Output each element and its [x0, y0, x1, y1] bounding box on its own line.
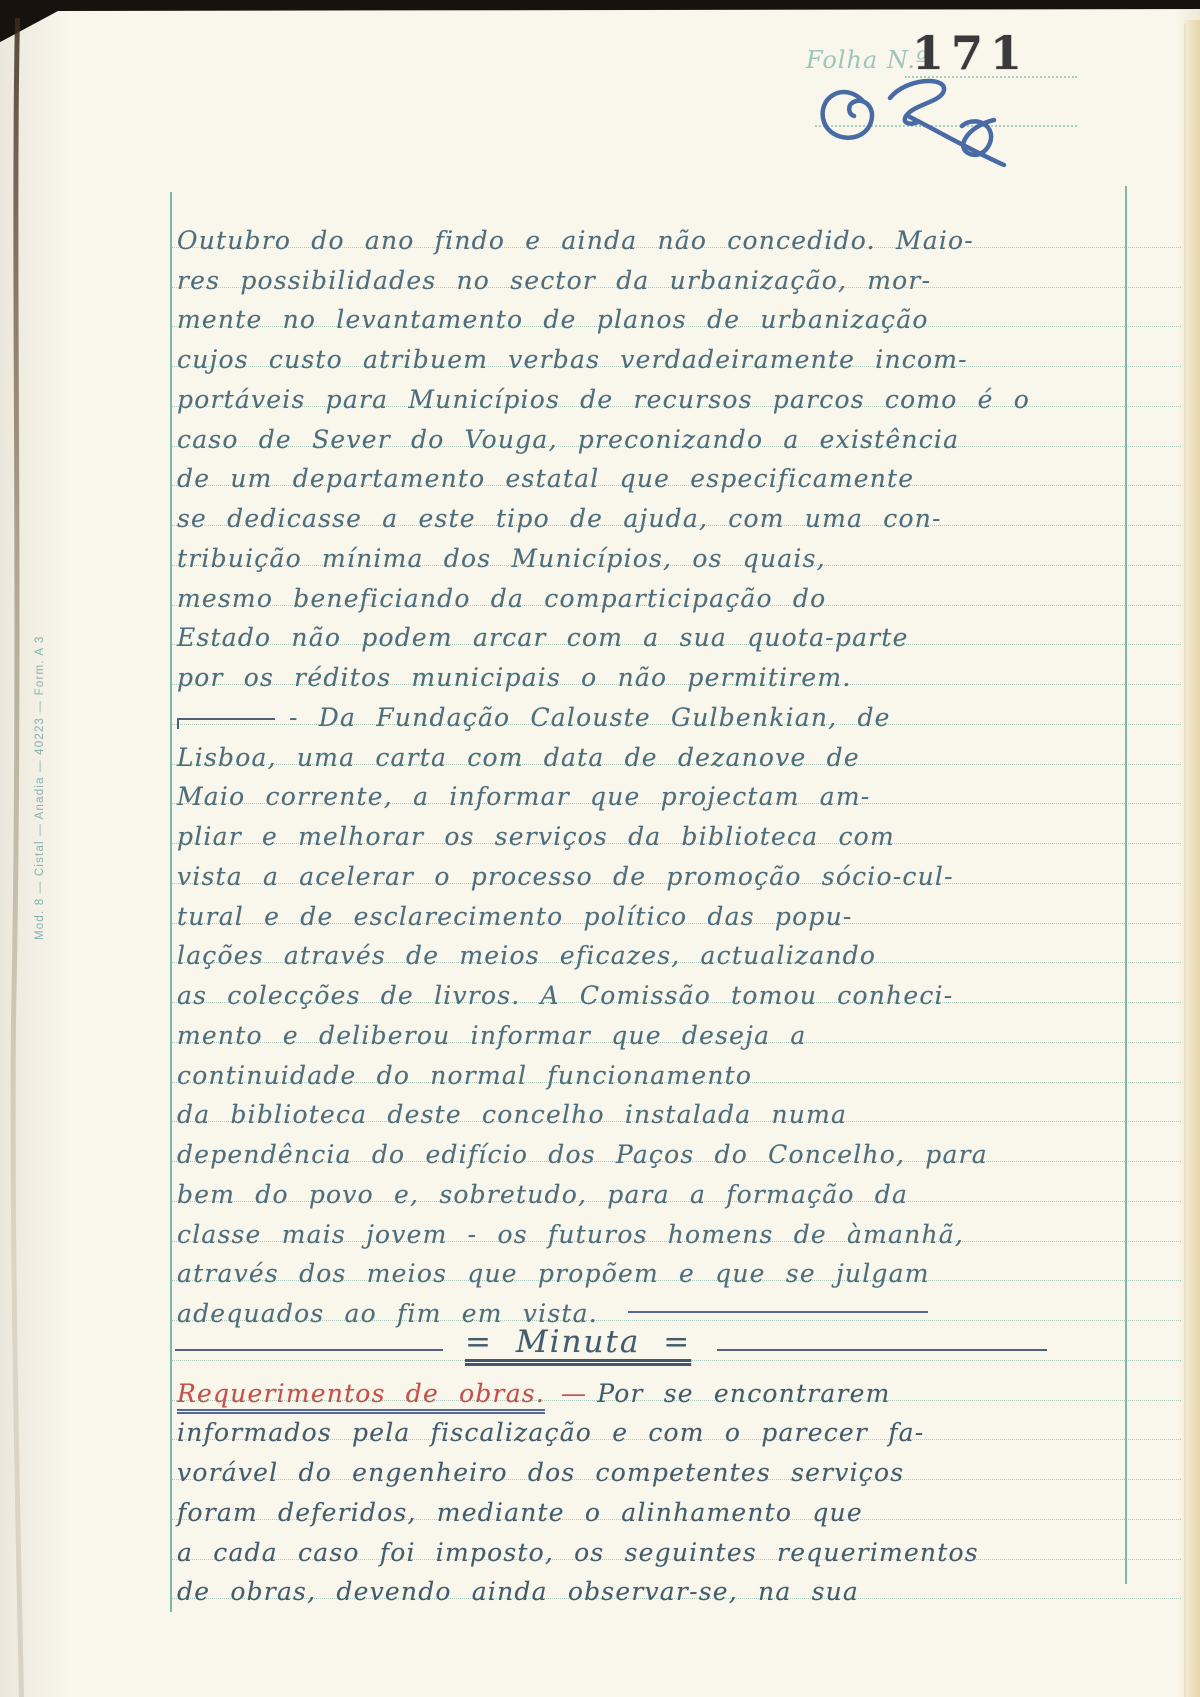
manuscript-line-17: vista a acelerar o processo de promoção …: [171, 844, 1181, 884]
scanned-minutes-page: Folha N.º 171 Mod. 8 — Cistal — Anadia —…: [0, 0, 1200, 1697]
minuta-left-rule: [175, 1349, 443, 1351]
manuscript-line-3: mente no levantamento de planos de urban…: [171, 288, 1181, 328]
manuscript-line-12: por os réditos municipais o não permitir…: [171, 645, 1181, 685]
minuta-heading: = Minuta =: [465, 1324, 691, 1360]
manuscript-line-30: Requerimentos de obras.—Por se encontrar…: [171, 1361, 1181, 1401]
manuscript-line-19: lações através de meios eficazes, actual…: [171, 924, 1181, 964]
manuscript-line-13: - Da Fundação Calouste Gulbenkian, de: [171, 685, 1181, 725]
manuscript-line-18: tural e de esclarecimento político das p…: [171, 884, 1181, 924]
manuscript-line-31: informados pela fiscalização e com o par…: [171, 1401, 1181, 1441]
manuscript: Outubro do ano findo e ainda não concedi…: [171, 208, 1181, 1599]
manuscript-line-29: = Minuta =: [171, 1321, 1181, 1361]
handwritten-text: de obras, devendo ainda observar-se, na …: [177, 1577, 859, 1606]
manuscript-line-32: vorável do engenheiro dos competentes se…: [171, 1440, 1181, 1480]
manuscript-line-8: se dedicasse a este tipo de ajuda, com u…: [171, 486, 1181, 526]
manuscript-line-35: de obras, devendo ainda observar-se, na …: [171, 1560, 1181, 1600]
manuscript-line-26: classe mais jovem - os futuros homens de…: [171, 1202, 1181, 1242]
manuscript-line-11: Estado não podem arcar com a sua quota-p…: [171, 606, 1181, 646]
folha-label: Folha N.º: [806, 46, 928, 74]
manuscript-line-4: cujos custo atribuem verbas verdadeirame…: [171, 327, 1181, 367]
manuscript-line-6: caso de Sever do Vouga, preconizando a e…: [171, 407, 1181, 447]
manuscript-line-16: pliar e melhorar os serviços da bibliote…: [171, 804, 1181, 844]
manuscript-line-24: dependência do edifício dos Paços do Con…: [171, 1122, 1181, 1162]
paragraph-tail-rule: [628, 1311, 928, 1313]
manuscript-line-15: Maio corrente, a informar que projectam …: [171, 765, 1181, 805]
margin-printer-note: Mod. 8 — Cistal — Anadia — 40223 — Form.…: [34, 635, 46, 940]
manuscript-line-23: da biblioteca deste concelho instalada n…: [171, 1083, 1181, 1123]
manuscript-line-33: foram deferidos, mediante o alinhamento …: [171, 1480, 1181, 1520]
manuscript-line-7: de um departamento estatal que especific…: [171, 447, 1181, 487]
manuscript-line-10: mesmo beneficiando da comparticipação do: [171, 566, 1181, 606]
manuscript-line-1: Outubro do ano findo e ainda não concedi…: [171, 208, 1181, 248]
manuscript-line-14: Lisboa, uma carta com data de dezanove d…: [171, 725, 1181, 765]
manuscript-line-25: bem do povo e, sobretudo, para a formaçã…: [171, 1162, 1181, 1202]
manuscript-line-2: res possibilidades no sector da urbaniza…: [171, 248, 1181, 288]
manuscript-line-5: portáveis para Municípios de recursos pa…: [171, 367, 1181, 407]
manuscript-line-22: continuidade do normal funcionamento: [171, 1043, 1181, 1083]
minuta-right-rule: [717, 1349, 1047, 1351]
manuscript-line-20: as colecções de livros. A Comissão tomou…: [171, 963, 1181, 1003]
manuscript-line-9: tribuição mínima dos Municípios, os quai…: [171, 526, 1181, 566]
manuscript-line-21: mento e deliberou informar que deseja a: [171, 1003, 1181, 1043]
manuscript-line-34: a cada caso foi imposto, os seguintes re…: [171, 1520, 1181, 1560]
signature-rubric: [808, 72, 1028, 167]
manuscript-line-27: através dos meios que propõem e que se j…: [171, 1242, 1181, 1282]
manuscript-line-28: adequados ao fim em vista.: [171, 1281, 1181, 1321]
